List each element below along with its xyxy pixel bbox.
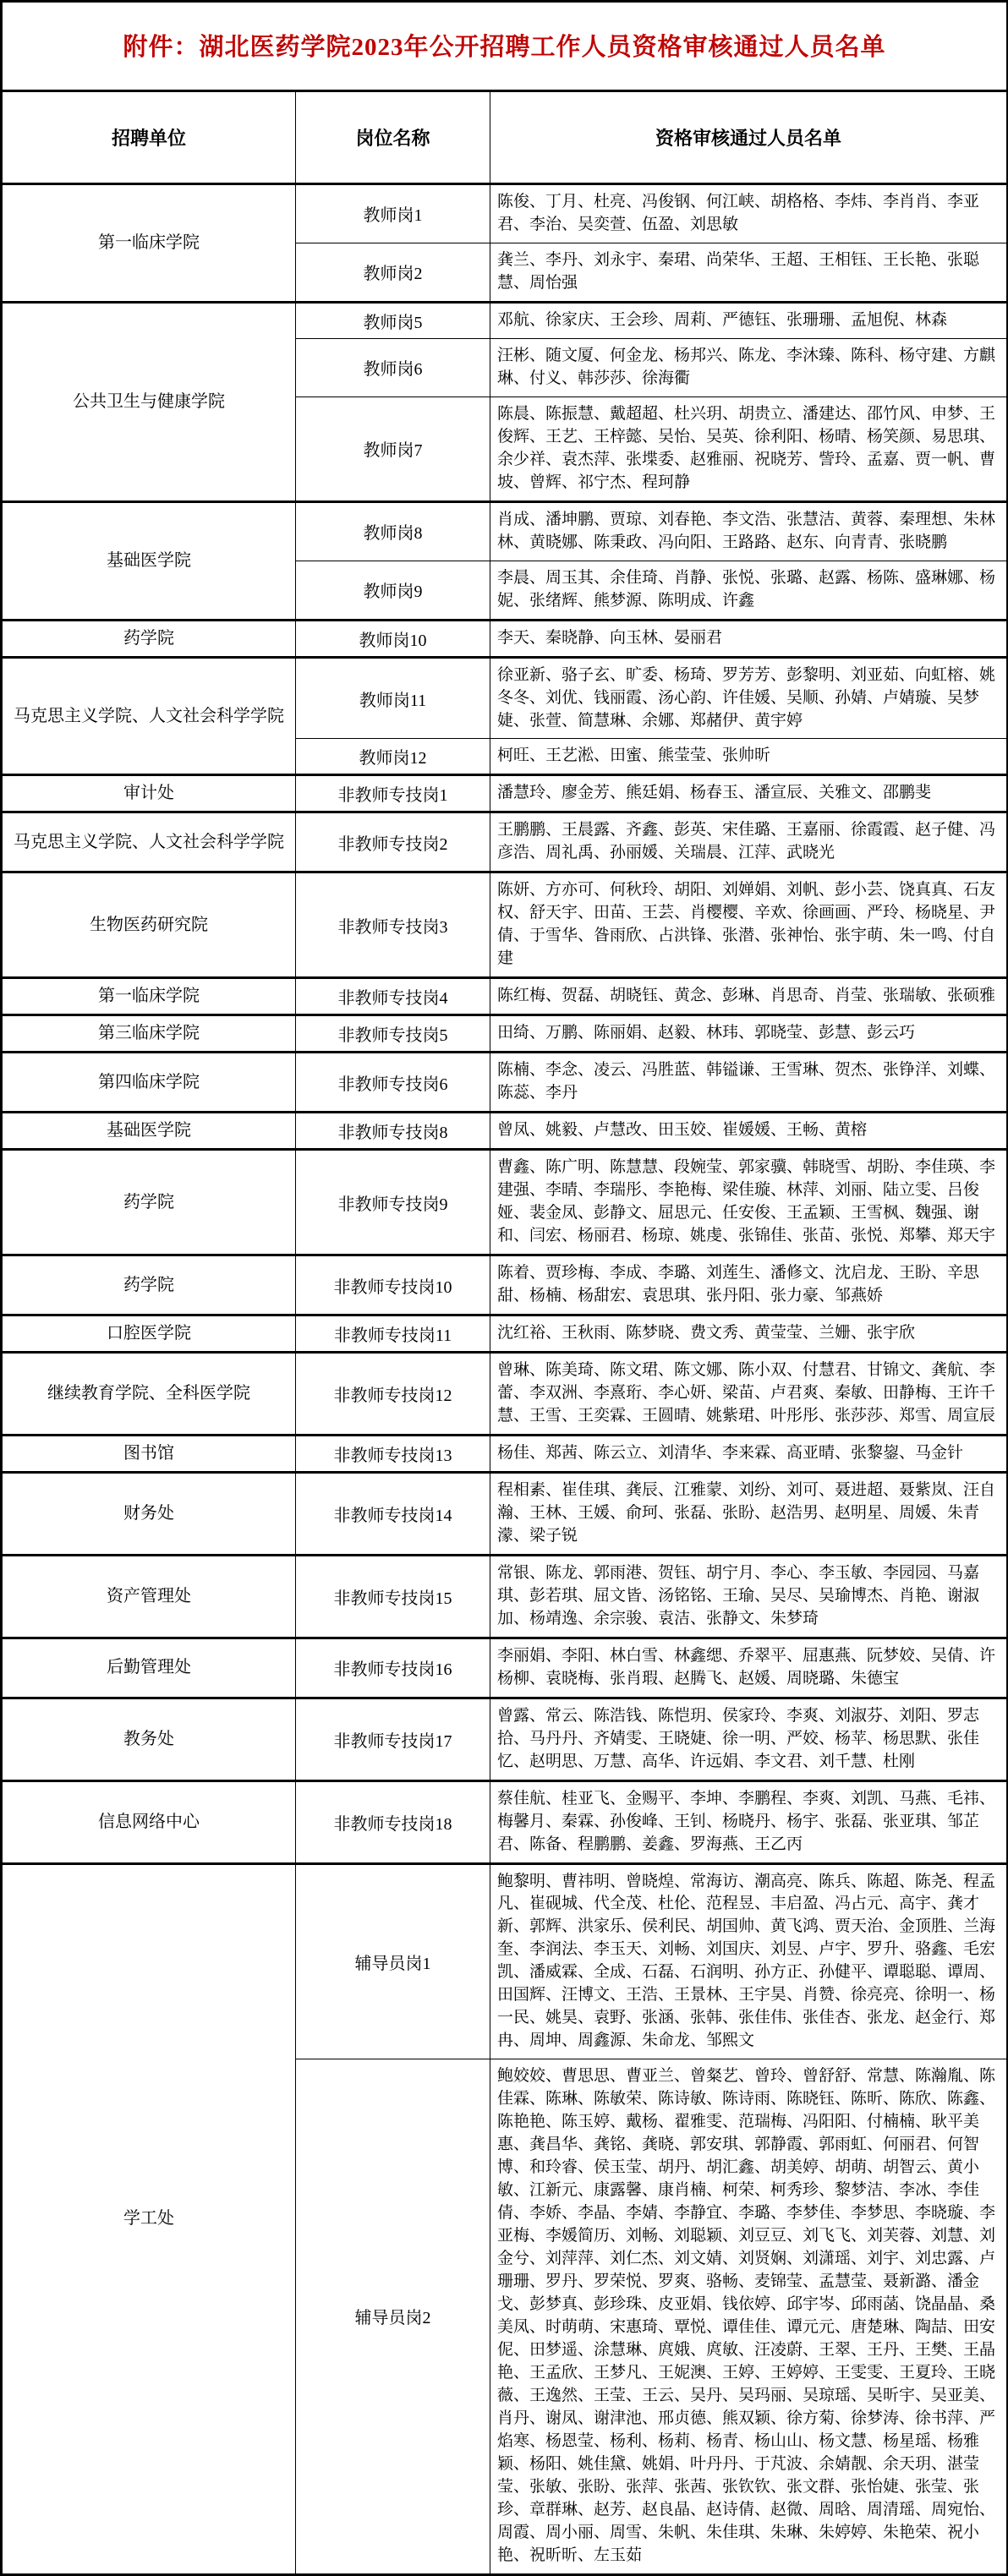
position-cell: 教师岗12 [296,739,490,775]
position-cell: 非教师专技岗2 [296,812,490,872]
names-cell: 潘慧玲、廖金芳、熊廷娟、杨春玉、潘宣辰、关雅文、邵鹏斐 [490,775,1008,812]
names-cell: 邓航、徐家庆、王会珍、周莉、严德钰、张珊珊、孟旭倪、林森 [490,302,1008,338]
position-cell: 非教师专技岗15 [296,1555,490,1638]
table-row: 继续教育学院、全科医学院非教师专技岗12曾琳、陈美琦、陈文珺、陈文娜、陈小双、付… [2,1353,1008,1436]
table-body: 第一临床学院教师岗1陈俊、丁月、杜亮、冯俊钢、何江峡、胡格格、李炜、李肖肖、李亚… [2,184,1008,2575]
names-cell: 田绮、万鹏、陈丽娟、赵毅、林玮、郭晓莹、彭慧、彭云巧 [490,1015,1008,1053]
position-cell: 非教师专技岗18 [296,1780,490,1863]
names-cell: 鲍黎明、曹祎明、曾晓煌、常海访、潮高亮、陈兵、陈超、陈尧、程孟凡、崔砚城、代全茂… [490,1863,1008,2059]
unit-cell: 后勤管理处 [2,1638,296,1698]
unit-cell: 第四临床学院 [2,1053,296,1113]
names-cell: 陈着、贾珍梅、李成、李璐、刘莲生、潘修文、沈启龙、王盼、辛思甜、杨楠、杨甜宏、袁… [490,1255,1008,1315]
table-row: 学工处辅导员岗1鲍黎明、曹祎明、曾晓煌、常海访、潮高亮、陈兵、陈超、陈尧、程孟凡… [2,1863,1008,2059]
position-cell: 教师岗9 [296,561,490,620]
position-cell: 非教师专技岗14 [296,1472,490,1555]
unit-cell: 学工处 [2,1863,296,2574]
names-cell: 陈妍、方亦可、何秋玲、胡阳、刘婵娟、刘帆、彭小芸、饶真真、石友权、舒天宇、田苗、… [490,872,1008,978]
table-row: 财务处非教师专技岗14程相素、崔佳琪、龚辰、江雅蒙、刘纷、刘可、聂进超、聂紫岚、… [2,1472,1008,1555]
position-cell: 非教师专技岗3 [296,872,490,978]
names-cell: 李天、秦晓静、向玉林、晏丽君 [490,620,1008,657]
table-row: 第四临床学院非教师专技岗6陈楠、李念、凌云、冯胜蓝、韩镒谦、王雪琳、贺杰、张铮洋… [2,1053,1008,1113]
table-row: 第三临床学院非教师专技岗5田绮、万鹏、陈丽娟、赵毅、林玮、郭晓莹、彭慧、彭云巧 [2,1015,1008,1053]
position-cell: 非教师专技岗8 [296,1113,490,1150]
table-row: 第一临床学院非教师专技岗4陈红梅、贺磊、胡晓钰、黄念、彭琳、肖思奇、肖莹、张瑞敏… [2,978,1008,1015]
names-cell: 曹鑫、陈广明、陈慧慧、段婉莹、郭家骥、韩晓雪、胡盼、李佳瑛、李建强、李晴、李瑞彤… [490,1150,1008,1255]
title-row: 附件：湖北医药学院2023年公开招聘工作人员资格审核通过人员名单 [2,2,1008,91]
table-row: 口腔医学院非教师专技岗11沈红裕、王秋雨、陈梦晓、费文秀、黄莹莹、兰姗、张宇欣 [2,1315,1008,1353]
table-row: 后勤管理处非教师专技岗16李丽娟、李阳、林白雪、林鑫缌、乔翠平、屈惠燕、阮梦姣、… [2,1638,1008,1698]
position-cell: 非教师专技岗4 [296,978,490,1015]
table-row: 药学院非教师专技岗9曹鑫、陈广明、陈慧慧、段婉莹、郭家骥、韩晓雪、胡盼、李佳瑛、… [2,1150,1008,1255]
table-row: 第一临床学院教师岗1陈俊、丁月、杜亮、冯俊钢、何江峡、胡格格、李炜、李肖肖、李亚… [2,184,1008,243]
position-cell: 非教师专技岗6 [296,1053,490,1113]
table-row: 信息网络中心非教师专技岗18蔡佳航、桂亚飞、金赐平、李坤、李鹏程、李爽、刘凯、马… [2,1780,1008,1863]
position-cell: 非教师专技岗9 [296,1150,490,1255]
unit-cell: 公共卫生与健康学院 [2,302,296,501]
unit-cell: 马克思主义学院、人文社会科学学院 [2,657,296,775]
names-cell: 李晨、周玉其、余佳琦、肖静、张悦、张璐、赵露、杨陈、盛琳娜、杨妮、张绪辉、熊梦源… [490,561,1008,620]
table-row: 资产管理处非教师专技岗15常银、陈龙、郭雨港、贺钰、胡宁月、李心、李玉敏、李园园… [2,1555,1008,1638]
names-cell: 杨佳、郑茜、陈云立、刘清华、李来霖、高亚晴、张黎鋆、马金针 [490,1435,1008,1472]
names-cell: 柯旺、王艺淞、田蜜、熊莹莹、张帅昕 [490,739,1008,775]
table-row: 基础医学院非教师专技岗8曾凤、姚毅、卢慧改、田玉姣、崔媛媛、王畅、黄榕 [2,1113,1008,1150]
unit-cell: 生物医药研究院 [2,872,296,978]
unit-cell: 药学院 [2,1255,296,1315]
position-cell: 辅导员岗1 [296,1863,490,2059]
unit-cell: 审计处 [2,775,296,812]
table-row: 药学院非教师专技岗10陈着、贾珍梅、李成、李璐、刘莲生、潘修文、沈启龙、王盼、辛… [2,1255,1008,1315]
column-header-names: 资格审核通过人员名单 [490,91,1008,184]
table-row: 图书馆非教师专技岗13杨佳、郑茜、陈云立、刘清华、李来霖、高亚晴、张黎鋆、马金针 [2,1435,1008,1472]
unit-cell: 第一临床学院 [2,978,296,1015]
page-title: 附件：湖北医药学院2023年公开招聘工作人员资格审核通过人员名单 [2,2,1008,91]
names-cell: 徐亚新、骆子玄、旷委、杨琦、罗芳芳、彭黎明、刘亚茹、向虹榕、姚冬冬、刘优、钱丽霞… [490,657,1008,739]
unit-cell: 基础医学院 [2,1113,296,1150]
position-cell: 非教师专技岗5 [296,1015,490,1053]
names-cell: 曾凤、姚毅、卢慧改、田玉姣、崔媛媛、王畅、黄榕 [490,1113,1008,1150]
names-cell: 常银、陈龙、郭雨港、贺钰、胡宁月、李心、李玉敏、李园园、马嘉琪、彭若琪、屈文皆、… [490,1555,1008,1638]
names-cell: 龚兰、李丹、刘永宇、秦珺、尚荣华、王超、王相钰、王长艳、张聪慧、周怡强 [490,243,1008,302]
position-cell: 非教师专技岗13 [296,1435,490,1472]
table-row: 教务处非教师专技岗17曾露、常云、陈浩钱、陈恺玥、侯家玲、李爽、刘淑芬、刘阳、罗… [2,1698,1008,1780]
position-cell: 教师岗11 [296,657,490,739]
column-header-unit: 招聘单位 [2,91,296,184]
unit-cell: 第一临床学院 [2,184,296,303]
names-cell: 鲍姣姣、曹思思、曹亚兰、曾粲艺、曾玲、曾舒舒、常慧、陈瀚胤、陈佳霖、陈琳、陈敏荣… [490,2059,1008,2574]
table-row: 公共卫生与健康学院教师岗5邓航、徐家庆、王会珍、周莉、严德钰、张珊珊、孟旭倪、林… [2,302,1008,338]
unit-cell: 基础医学院 [2,501,296,620]
unit-cell: 第三临床学院 [2,1015,296,1053]
table-row: 基础医学院教师岗8肖成、潘坤鹏、贾琼、刘春艳、李文浩、张慧洁、黄蓉、秦理想、朱林… [2,501,1008,561]
document-page: 附件：湖北医药学院2023年公开招聘工作人员资格审核通过人员名单 招聘单位 岗位… [0,0,1008,2576]
position-cell: 教师岗5 [296,302,490,338]
table-row: 审计处非教师专技岗1潘慧玲、廖金芳、熊廷娟、杨春玉、潘宣辰、关雅文、邵鹏斐 [2,775,1008,812]
table-row: 药学院教师岗10李天、秦晓静、向玉林、晏丽君 [2,620,1008,657]
names-cell: 曾露、常云、陈浩钱、陈恺玥、侯家玲、李爽、刘淑芬、刘阳、罗志拾、马丹丹、齐婧雯、… [490,1698,1008,1780]
position-cell: 教师岗8 [296,501,490,561]
unit-cell: 教务处 [2,1698,296,1780]
names-cell: 李丽娟、李阳、林白雪、林鑫缌、乔翠平、屈惠燕、阮梦姣、吴倩、许杨柳、袁晓梅、张肖… [490,1638,1008,1698]
position-cell: 非教师专技岗16 [296,1638,490,1698]
names-cell: 陈晨、陈振慧、戴超超、杜兴玥、胡贵立、潘建达、邵竹风、申梦、王俊辉、王艺、王梓懿… [490,397,1008,501]
names-cell: 曾琳、陈美琦、陈文珺、陈文娜、陈小双、付慧君、甘锦文、龚航、李蕾、李双洲、李熹珩… [490,1353,1008,1436]
table-row: 马克思主义学院、人文社会科学学院非教师专技岗2王鹏鹏、王晨露、齐鑫、彭英、宋佳璐… [2,812,1008,872]
position-cell: 教师岗7 [296,397,490,501]
unit-cell: 药学院 [2,620,296,657]
unit-cell: 图书馆 [2,1435,296,1472]
column-header-position: 岗位名称 [296,91,490,184]
position-cell: 辅导员岗2 [296,2059,490,2574]
unit-cell: 马克思主义学院、人文社会科学学院 [2,812,296,872]
names-cell: 沈红裕、王秋雨、陈梦晓、费文秀、黄莹莹、兰姗、张宇欣 [490,1315,1008,1353]
unit-cell: 继续教育学院、全科医学院 [2,1353,296,1436]
position-cell: 非教师专技岗11 [296,1315,490,1353]
names-cell: 蔡佳航、桂亚飞、金赐平、李坤、李鹏程、李爽、刘凯、马燕、毛祎、梅馨月、秦霖、孙俊… [490,1780,1008,1863]
position-cell: 非教师专技岗10 [296,1255,490,1315]
unit-cell: 口腔医学院 [2,1315,296,1353]
qualification-roster-table: 附件：湖北医药学院2023年公开招聘工作人员资格审核通过人员名单 招聘单位 岗位… [0,0,1008,2576]
names-cell: 汪彬、随文厦、何金龙、杨邦兴、陈龙、李沐臻、陈科、杨守建、方麒琳、付义、韩莎莎、… [490,338,1008,397]
position-cell: 教师岗2 [296,243,490,302]
names-cell: 王鹏鹏、王晨露、齐鑫、彭英、宋佳璐、王嘉丽、徐霞霞、赵子健、冯彦浩、周礼禹、孙丽… [490,812,1008,872]
header-row: 招聘单位 岗位名称 资格审核通过人员名单 [2,91,1008,184]
position-cell: 非教师专技岗12 [296,1353,490,1436]
table-row: 马克思主义学院、人文社会科学学院教师岗11徐亚新、骆子玄、旷委、杨琦、罗芳芳、彭… [2,657,1008,739]
unit-cell: 资产管理处 [2,1555,296,1638]
position-cell: 教师岗10 [296,620,490,657]
names-cell: 肖成、潘坤鹏、贾琼、刘春艳、李文浩、张慧洁、黄蓉、秦理想、朱林林、黄晓娜、陈秉政… [490,501,1008,561]
position-cell: 非教师专技岗1 [296,775,490,812]
position-cell: 教师岗1 [296,184,490,243]
names-cell: 陈楠、李念、凌云、冯胜蓝、韩镒谦、王雪琳、贺杰、张铮洋、刘蝶、陈蕊、李丹 [490,1053,1008,1113]
names-cell: 陈红梅、贺磊、胡晓钰、黄念、彭琳、肖思奇、肖莹、张瑞敏、张硕雅 [490,978,1008,1015]
names-cell: 程相素、崔佳琪、龚辰、江雅蒙、刘纷、刘可、聂进超、聂紫岚、汪自瀚、王林、王媛、俞… [490,1472,1008,1555]
unit-cell: 信息网络中心 [2,1780,296,1863]
names-cell: 陈俊、丁月、杜亮、冯俊钢、何江峡、胡格格、李炜、李肖肖、李亚君、李治、吴奕萱、伍… [490,184,1008,243]
position-cell: 非教师专技岗17 [296,1698,490,1780]
position-cell: 教师岗6 [296,338,490,397]
unit-cell: 财务处 [2,1472,296,1555]
unit-cell: 药学院 [2,1150,296,1255]
table-row: 生物医药研究院非教师专技岗3陈妍、方亦可、何秋玲、胡阳、刘婵娟、刘帆、彭小芸、饶… [2,872,1008,978]
